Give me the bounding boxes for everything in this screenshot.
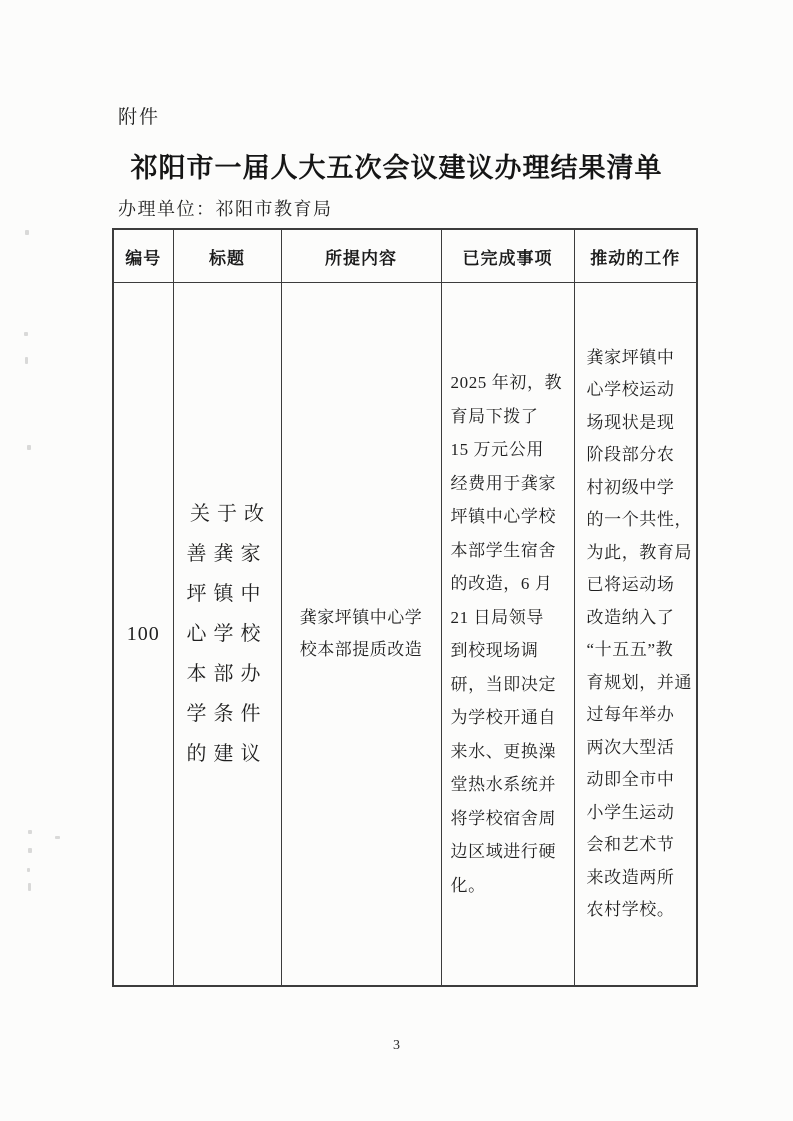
table-row: 100 关于改 善龚家 坪镇中 心学校 本部办 学条件 的建议 龚家坪镇中心学 … [113, 283, 697, 987]
header-cell-completed: 已完成事项 [441, 229, 574, 283]
document-title: 祁阳市一届人大五次会议建议办理结果清单 [0, 146, 793, 185]
scan-artifact [25, 230, 29, 235]
scan-artifact [28, 848, 32, 853]
scan-artifact [28, 830, 32, 834]
row-title-cell: 关于改 善龚家 坪镇中 心学校 本部办 学条件 的建议 [173, 283, 281, 987]
header-cell-content: 所提内容 [281, 229, 441, 283]
results-table: 编号 标题 所提内容 已完成事项 推动的工作 100 关于改 善龚家 坪镇中 心… [112, 228, 698, 987]
table-header-row: 编号 标题 所提内容 已完成事项 推动的工作 [113, 229, 697, 283]
scan-artifact [28, 883, 31, 891]
row-content-cell: 龚家坪镇中心学 校本部提质改造 [281, 283, 441, 987]
scan-artifact [24, 332, 28, 336]
attachment-label: 附件 [118, 102, 160, 129]
scan-artifact [27, 868, 30, 872]
scan-artifact [25, 357, 28, 364]
scan-artifact [55, 836, 60, 839]
scanned-document-page: 附件 祁阳市一届人大五次会议建议办理结果清单 办理单位：祁阳市教育局 编号 标题… [0, 0, 793, 1121]
row-completed-cell: 2025 年初，教 育局下拨了 15 万元公用 经费用于龚家 坪镇中心学校 本部… [441, 283, 574, 987]
row-id-cell: 100 [113, 283, 173, 987]
header-cell-promoted: 推动的工作 [574, 229, 697, 283]
page-number: 3 [0, 1038, 793, 1054]
row-promoted-cell: 龚家坪镇中 心学校运动 场现状是现 阶段部分农 村初级中学 的一个共性， 为此，… [574, 283, 697, 987]
handling-unit-line: 办理单位：祁阳市教育局 [118, 195, 333, 221]
header-cell-title: 标题 [173, 229, 281, 283]
scan-artifact [27, 445, 31, 450]
header-cell-id: 编号 [113, 229, 173, 283]
